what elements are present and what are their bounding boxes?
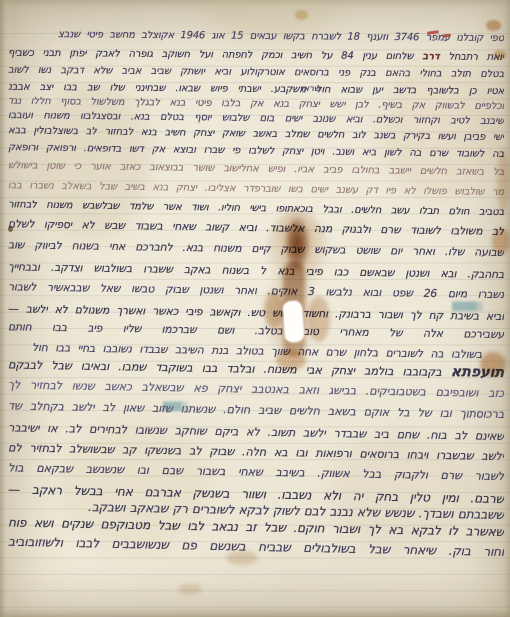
dark-speck bbox=[8, 226, 13, 232]
stain-blob-left bbox=[264, 292, 284, 328]
bottom-smudge bbox=[226, 551, 258, 565]
paper-abrasion-patch bbox=[283, 300, 305, 342]
manuscript-line-21: ברכוסתוך ובו של בל אוקם בשאב חלשים שביב … bbox=[8, 398, 504, 424]
yellow-spot bbox=[295, 10, 308, 20]
manuscript-line-13: שבועה שלו. ואחר יום שושט בשקוש שבוק קיים… bbox=[8, 237, 504, 262]
rust-streak bbox=[497, 150, 509, 212]
letter-page: ████▒ ███▒ טפי קובלנו עמפר 3746 וזענף 18… bbox=[0, 0, 510, 617]
interlinear-insertion: שראו bbox=[286, 84, 320, 94]
rust-spot bbox=[486, 20, 501, 31]
line-2-red-word: דרב bbox=[422, 51, 440, 62]
bottom-smudge bbox=[178, 584, 202, 595]
stain-tail bbox=[276, 350, 306, 370]
rust-spot bbox=[480, 352, 506, 376]
rust-spot bbox=[493, 50, 506, 60]
handwriting-layer: טפי קובלנו עמפר 3746 וזענף 18 לשברח בקשו… bbox=[0, 0, 510, 617]
stain-blob-right bbox=[308, 296, 330, 342]
manuscript-line-15: נשברו מיום 26 שפט ובוא נלבשו 3 אוקים. וא… bbox=[8, 279, 504, 304]
line-2-rest: שלחום ענין 84 על חשיב וכמק לחפתה ועל חשו… bbox=[8, 48, 422, 63]
rust-spot bbox=[492, 228, 510, 254]
